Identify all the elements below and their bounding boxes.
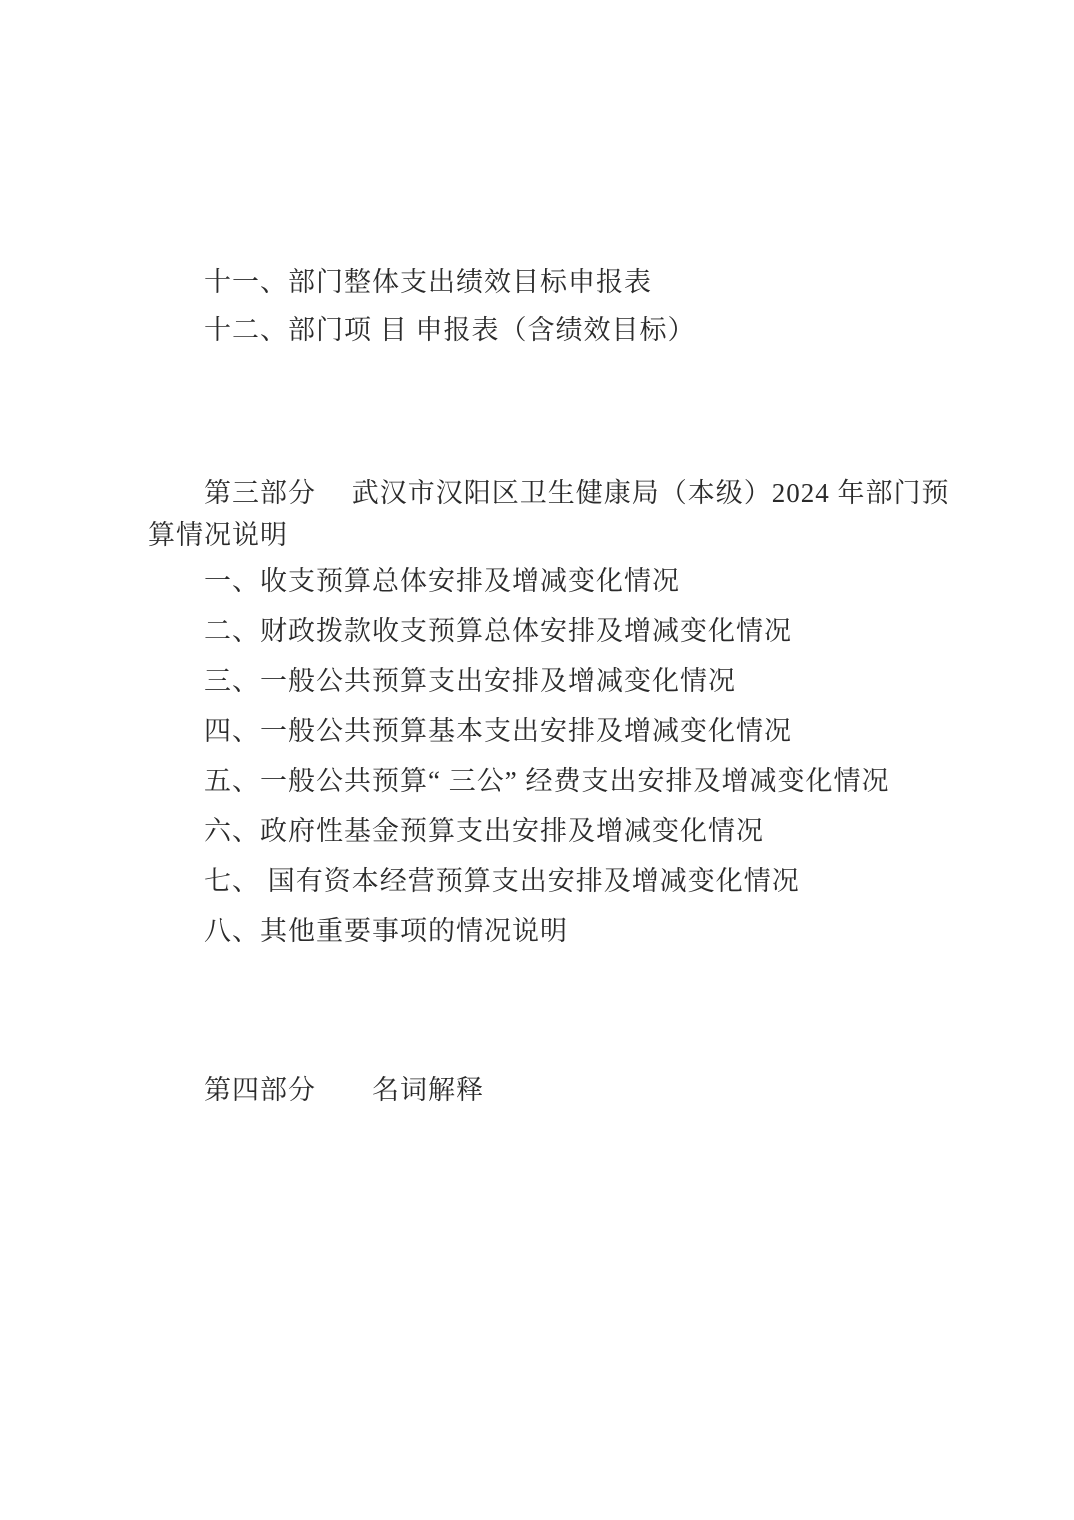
part4-heading: 第四部分 名词解释	[148, 1069, 956, 1111]
blank-gap	[148, 354, 956, 472]
toc-item-4: 四、一般公共预算基本支出安排及增减变化情况	[148, 706, 956, 756]
toc-item-11: 十一、部门整体支出绩效目标申报表	[148, 258, 956, 306]
toc-item-2: 二、财政拨款收支预算总体安排及增减变化情况	[148, 606, 956, 656]
toc-item-7: 七、 国有资本经营预算支出安排及增减变化情况	[148, 856, 956, 906]
part2-toc-list: 十一、部门整体支出绩效目标申报表 十二、部门项 目 申报表（含绩效目标）	[148, 0, 956, 354]
toc-item-1: 一、收支预算总体安排及增减变化情况	[148, 556, 956, 606]
part3-toc-list: 一、收支预算总体安排及增减变化情况 二、财政拨款收支预算总体安排及增减变化情况 …	[148, 556, 956, 956]
page-content: 十一、部门整体支出绩效目标申报表 十二、部门项 目 申报表（含绩效目标） 第三部…	[148, 0, 956, 1111]
document-page: 十一、部门整体支出绩效目标申报表 十二、部门项 目 申报表（含绩效目标） 第三部…	[0, 0, 1074, 1520]
toc-item-8: 八、其他重要事项的情况说明	[148, 906, 956, 956]
toc-item-5: 五、一般公共预算“ 三公” 经费支出安排及增减变化情况	[148, 756, 956, 806]
toc-item-6: 六、政府性基金预算支出安排及增减变化情况	[148, 806, 956, 856]
toc-item-3: 三、一般公共预算支出安排及增减变化情况	[148, 656, 956, 706]
toc-item-12: 十二、部门项 目 申报表（含绩效目标）	[148, 306, 956, 354]
blank-gap	[148, 956, 956, 1069]
part3-heading: 第三部分 武汉市汉阳区卫生健康局（本级）2024 年部门预算情况说明	[148, 472, 956, 556]
